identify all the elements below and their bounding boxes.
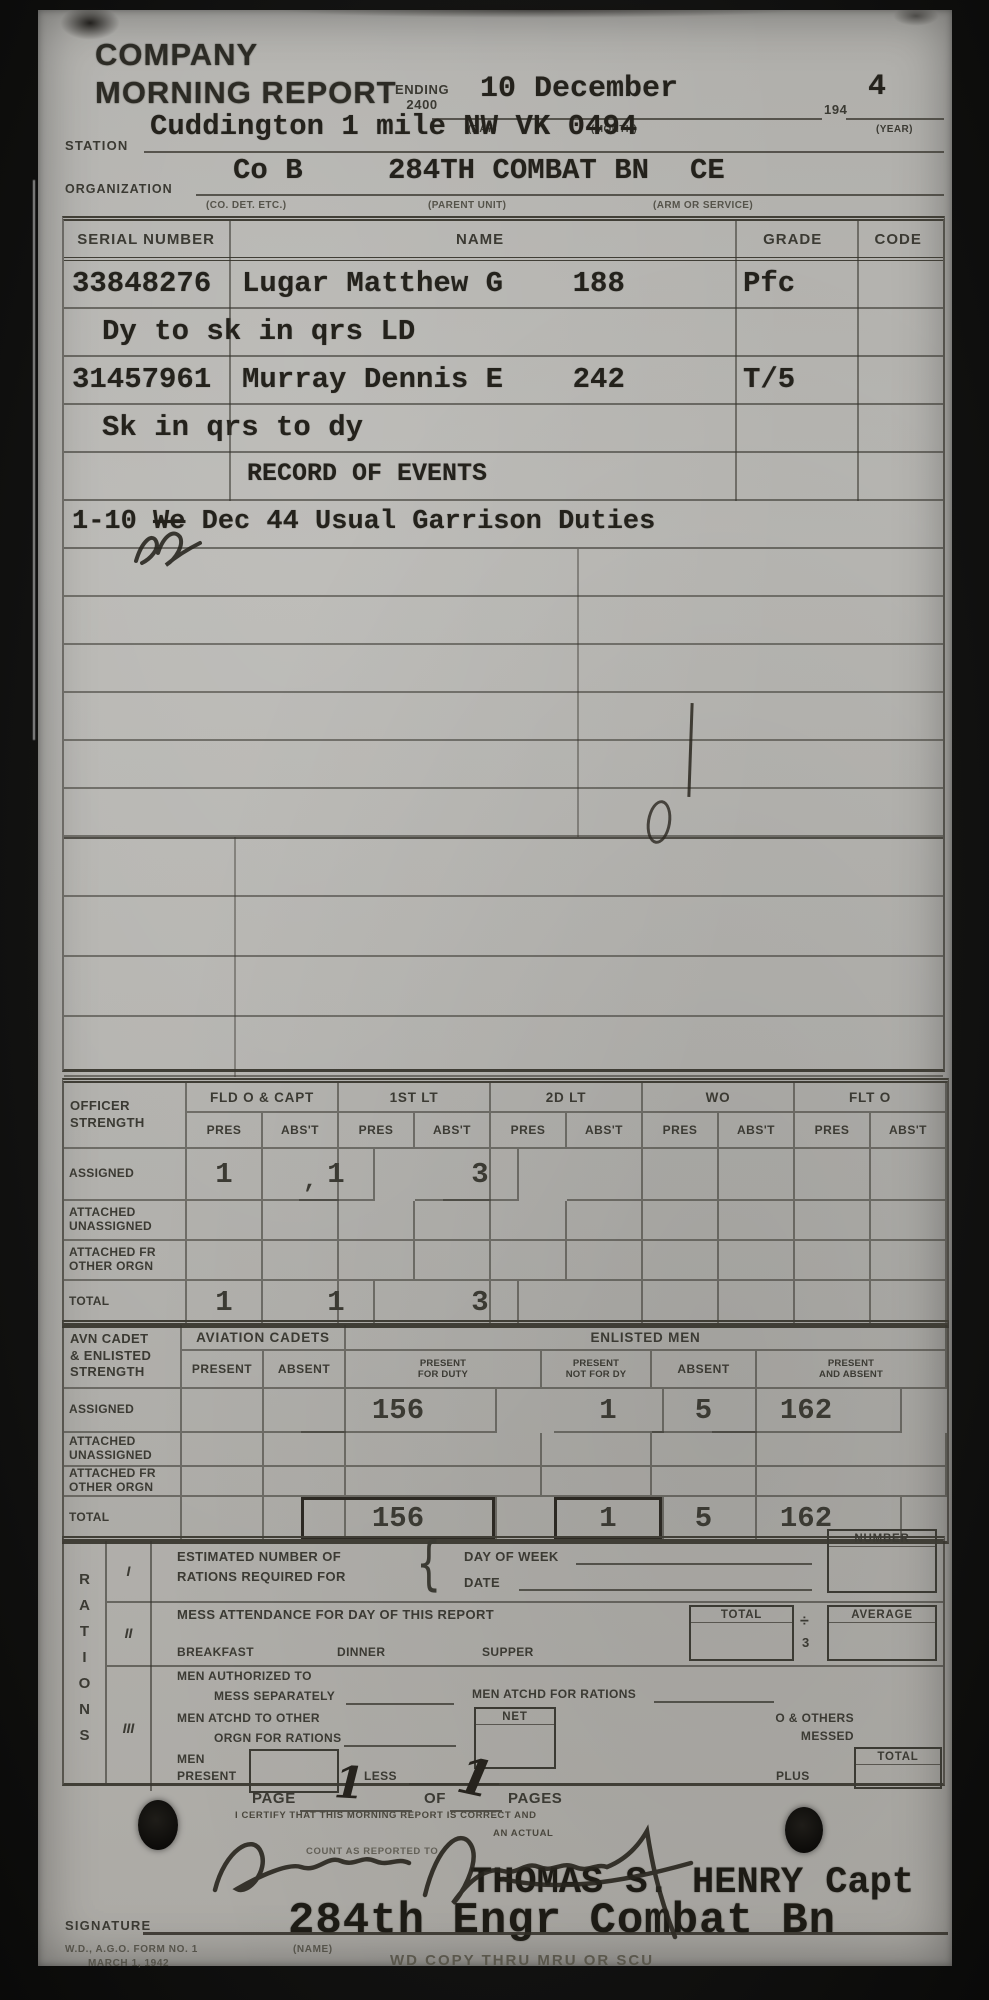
strength-cell [871,1281,947,1325]
present-for-duty-header: PRESENT FOR DUTY [346,1351,542,1389]
organization-arm-sublabel: (ARM OR SERVICE) [653,200,753,211]
men-present-label: MEN PRESENT [177,1751,236,1785]
blank-roster-row [64,693,943,741]
form-title-line2: MORNING REPORT [95,74,397,112]
roster-row-4-note: Sk in qrs to dy [64,405,943,453]
signature-scribble [203,1805,743,1945]
pres-header: PRES [187,1113,263,1149]
total-box-label: TOTAL [691,1607,792,1623]
strength-cell [491,1241,567,1281]
rations-total-box: TOTAL [854,1747,942,1789]
strength-cell [339,1201,415,1241]
grade-value: T/5 [743,363,795,396]
strength-cell: 3 [443,1149,519,1201]
row-label-attached-unassigned: ATTACHED UNASSIGNED [64,1201,187,1241]
scan-background: COMPANY MORNING REPORT ENDING 2400 10 De… [0,0,989,2000]
blank-roster-row [64,897,943,957]
strength-cell: 162 [712,1389,902,1433]
strength-cell: 1 [187,1281,263,1325]
mess-separately-label: MESS SEPARATELY [214,1689,335,1703]
column-group-2d-lt: 2D LT [491,1083,643,1113]
column-divider [229,221,231,501]
men-present-box [249,1749,339,1793]
pres-header: PRES [643,1113,719,1149]
organization-unit-sublabel: (CO. DET. ETC.) [206,200,286,211]
strength-cell: 3 [443,1281,519,1325]
station-underline [144,151,944,153]
strength-cell: 1 [187,1149,263,1201]
less-label: LESS [364,1769,397,1783]
mess-separately-line [346,1703,454,1705]
organization-parent-sublabel: (PARENT UNIT) [428,200,506,211]
column-group-enlisted-men: ENLISTED MEN [346,1325,947,1351]
form-number: W.D., A.G.O. FORM NO. 1 [65,1944,198,1955]
signature-line [143,1932,948,1935]
number-box: NUMBER [827,1529,937,1593]
form-title: COMPANY MORNING REPORT [95,36,397,112]
average-box: AVERAGE [827,1605,937,1661]
rations-section: RATIONS I II III ESTIMATED NUMBER OF RAT… [62,1536,945,1786]
column-divider [735,221,737,501]
strength-cell [567,1149,643,1201]
serial-number: 33848276 [72,267,211,300]
rations-vertical-label: RATIONS [64,1541,107,1783]
strength-cell [263,1201,339,1241]
soldier-name: Lugar Matthew G 188 [242,267,625,300]
strength-cell: 1 [299,1281,375,1325]
strength-cell [415,1241,491,1281]
strength-cell [567,1241,643,1281]
column-divider [857,221,859,501]
strength-cell [757,1467,947,1497]
strength-cell [652,1467,757,1497]
organization-arm-value: CE [690,154,725,187]
strength-cell [542,1433,652,1467]
blank-roster-row [64,837,943,897]
blank-roster-row [64,741,943,789]
row-label-assigned: ASSIGNED [64,1149,187,1201]
row-divider [107,1601,943,1603]
present-and-absent-header: PRESENT AND ABSENT [757,1351,947,1389]
strength-cell [182,1433,264,1467]
report-date-value: 10 December [480,72,678,106]
strength-cell [643,1149,719,1201]
abst-header: ABS'T [871,1113,947,1149]
date-label: DATE [464,1575,500,1590]
day-of-week-line [576,1563,812,1565]
strength-cell [263,1241,339,1281]
estimated-rations-caption: ESTIMATED NUMBER OF RATIONS REQUIRED FOR [177,1547,346,1587]
record-of-events-entry-row: 1-10 We Dec 44 Usual Garrison Duties [64,501,943,549]
roster-col-serial: SERIAL NUMBER [64,231,228,248]
strength-cell [182,1497,264,1541]
strength-cell [346,1433,542,1467]
duty-status-note: Dy to sk in qrs LD [102,315,415,348]
blank-roster-row [64,645,943,693]
abst-header: ABS'T [567,1113,643,1149]
breakfast-label: BREAKFAST [177,1645,254,1659]
strength-cell: 156 [301,1389,497,1433]
net-box-label: NET [476,1709,554,1725]
strength-cell [187,1201,263,1241]
officer-strength-corner-label: OFFICER STRENGTH [64,1083,187,1149]
strength-cell [567,1201,643,1241]
row-label-total: TOTAL [64,1497,182,1541]
brace-glyph: { [416,1531,441,1598]
stray-typed-mark: , [303,1168,317,1195]
organization-parent-value: 284TH COMBAT BN [388,154,649,187]
divide-by-three: 3 [802,1635,810,1650]
total-box: TOTAL [689,1605,794,1661]
supper-label: SUPPER [482,1645,534,1659]
strength-cell [719,1201,795,1241]
year-value: 4 [868,70,886,104]
ink-smudge [893,6,939,26]
serial-number: 31457961 [72,363,211,396]
roster-row-2-note: Dy to sk in qrs LD [64,309,943,357]
men-authorized-label: MEN AUTHORIZED TO [177,1669,312,1683]
absent-header: ABSENT [264,1351,346,1389]
strength-cell [757,1433,947,1467]
column-group-wo: WO [643,1083,795,1113]
abst-header: ABS'T [719,1113,795,1149]
strength-cell [182,1467,264,1497]
copy-routing-note: WD COPY THRU MRU OR SCU [390,1952,654,1969]
strength-cell [415,1201,491,1241]
organization-label: ORGANIZATION [65,182,173,196]
strength-cell [182,1389,264,1433]
roster-col-code: CODE [853,231,943,248]
morning-report-form: COMPANY MORNING REPORT ENDING 2400 10 De… [38,10,952,1966]
abst-header: ABS'T [263,1113,339,1149]
column-divider [577,549,579,837]
column-group-1st-lt: 1ST LT [339,1083,491,1113]
strength-cell [871,1241,947,1281]
handwritten-initials-scribble [128,521,208,571]
plus-label: PLUS [776,1769,810,1783]
row-label-attached-unassigned: ATTACHED UNASSIGNED [64,1433,182,1467]
strength-cell [643,1241,719,1281]
strength-cell [643,1281,719,1325]
record-of-events-header-row: RECORD OF EVENTS [64,453,943,501]
orgn-for-rations-label: ORGN FOR RATIONS [214,1731,342,1745]
roster-col-name: NAME [228,231,732,248]
column-group-aviation-cadets: AVIATION CADETS [182,1325,346,1351]
year-underline [846,118,944,120]
enlisted-strength-table: AVN CADET & ENLISTED STRENGTH AVIATION C… [62,1320,949,1544]
ending-label-block: ENDING 2400 [395,82,449,112]
name-label: (NAME) [293,1944,333,1955]
column-divider [234,837,236,1077]
signature-label: SIGNATURE [65,1918,151,1933]
column-group-flt-o: FLT O [795,1083,947,1113]
pres-header: PRES [491,1113,567,1149]
station-label: STATION [65,138,129,153]
abst-header: ABS'T [415,1113,491,1149]
strength-cell [567,1281,643,1325]
strength-cell: ,1 [299,1149,375,1201]
ink-smudge [278,2,798,18]
blank-roster-row [64,1017,943,1077]
punch-hole [785,1807,823,1853]
number-box-label: NUMBER [829,1531,935,1547]
men-atchd-to-other-label: MEN ATCHD TO OTHER [177,1711,320,1725]
duty-status-note: Sk in qrs to dy [102,411,363,444]
events-text: Dec 44 Usual Garrison Duties [185,507,655,537]
strength-cell [795,1149,871,1201]
scan-scratch-artifact [33,180,35,740]
strength-cell [542,1467,652,1497]
strength-cell [339,1241,415,1281]
row-label-assigned: ASSIGNED [64,1389,182,1433]
absent-header: ABSENT [652,1351,757,1389]
mess-attendance-caption: MESS ATTENDANCE FOR DAY OF THIS REPORT [177,1607,494,1622]
roster-row-1: 33848276 Lugar Matthew G 188 Pfc [64,261,943,309]
roster-row-3: 31457961 Murray Dennis E 242 T/5 [64,357,943,405]
day-of-week-label: DAY OF WEEK [464,1549,559,1564]
record-of-events-title: RECORD OF EVENTS [247,459,487,488]
strength-cell [719,1241,795,1281]
pres-header: PRES [795,1113,871,1149]
officer-strength-table: OFFICER STRENGTH FLD O & CAPT 1ST LT 2D … [62,1078,949,1328]
column-group-fld-o-capt: FLD O & CAPT [187,1083,339,1113]
row-label-total: TOTAL [64,1281,187,1325]
strength-cell [871,1201,947,1241]
enlisted-strength-corner-label: AVN CADET & ENLISTED STRENGTH [64,1325,182,1389]
strength-cell [719,1281,795,1325]
ending-label: ENDING [395,82,449,97]
row-label-attached-fr-other-orgn: ATTACHED FR OTHER ORGN [64,1241,187,1281]
present-not-for-dy-header: PRESENT NOT FOR DY [542,1351,652,1389]
row-label-attached-fr-other-orgn: ATTACHED FR OTHER ORGN [64,1467,182,1497]
strength-cell [264,1467,346,1497]
strength-cell [795,1281,871,1325]
strength-cell [871,1149,947,1201]
organization-unit-value: Co B [233,154,303,187]
strength-cell [643,1201,719,1241]
blank-roster-row [64,789,943,837]
handwritten-page-number: 1 [333,1757,366,1810]
ink-smudge [60,6,120,40]
roster-table: SERIAL NUMBER NAME GRADE CODE 33848276 L… [62,216,945,1072]
blank-roster-row [64,597,943,645]
strength-cell-boxed: 1 [554,1497,664,1541]
roster-col-grade: GRADE [732,231,853,248]
form-date: MARCH 1, 1942 [88,1958,169,1969]
average-box-label: AVERAGE [829,1607,935,1623]
form-title-line1: COMPANY [95,36,397,74]
dinner-label: DINNER [337,1645,385,1659]
punch-hole [138,1800,178,1850]
strength-cell [795,1201,871,1241]
men-atchd-for-rations-line [654,1701,774,1703]
year-prefix: 194 [824,102,848,117]
strength-cell [187,1241,263,1281]
present-header: PRESENT [182,1351,264,1389]
strength-cell [719,1149,795,1201]
divide-symbol: ÷ [800,1613,809,1631]
roster-header-row: SERIAL NUMBER NAME GRADE CODE [64,221,943,261]
strength-cell [491,1201,567,1241]
others-messed-label: O & OTHERS MESSED [704,1709,854,1745]
rations-numeral-1: I [107,1541,152,1601]
strength-cell [346,1467,542,1497]
station-value: Cuddington 1 mile NW VK 0494 [150,110,637,143]
soldier-name: Murray Dennis E 242 [242,363,625,396]
year-label: (YEAR) [876,124,913,135]
orgn-for-rations-line [344,1745,456,1747]
strength-cell [264,1433,346,1467]
rations-numeral-3: III [107,1665,152,1791]
men-atchd-for-rations-label: MEN ATCHD FOR RATIONS [472,1687,636,1701]
date-line [519,1589,812,1591]
strength-cell-boxed: 156 [301,1497,497,1541]
blank-roster-row [64,957,943,1017]
rations-total-box-label: TOTAL [856,1749,940,1765]
organization-underline [196,194,944,196]
row-divider [107,1665,943,1667]
grade-value: Pfc [743,267,795,300]
strength-cell [652,1433,757,1467]
rations-numeral-2: II [107,1601,152,1665]
strength-cell [795,1241,871,1281]
strength-cell: 1 [554,1389,664,1433]
pres-header: PRES [339,1113,415,1149]
